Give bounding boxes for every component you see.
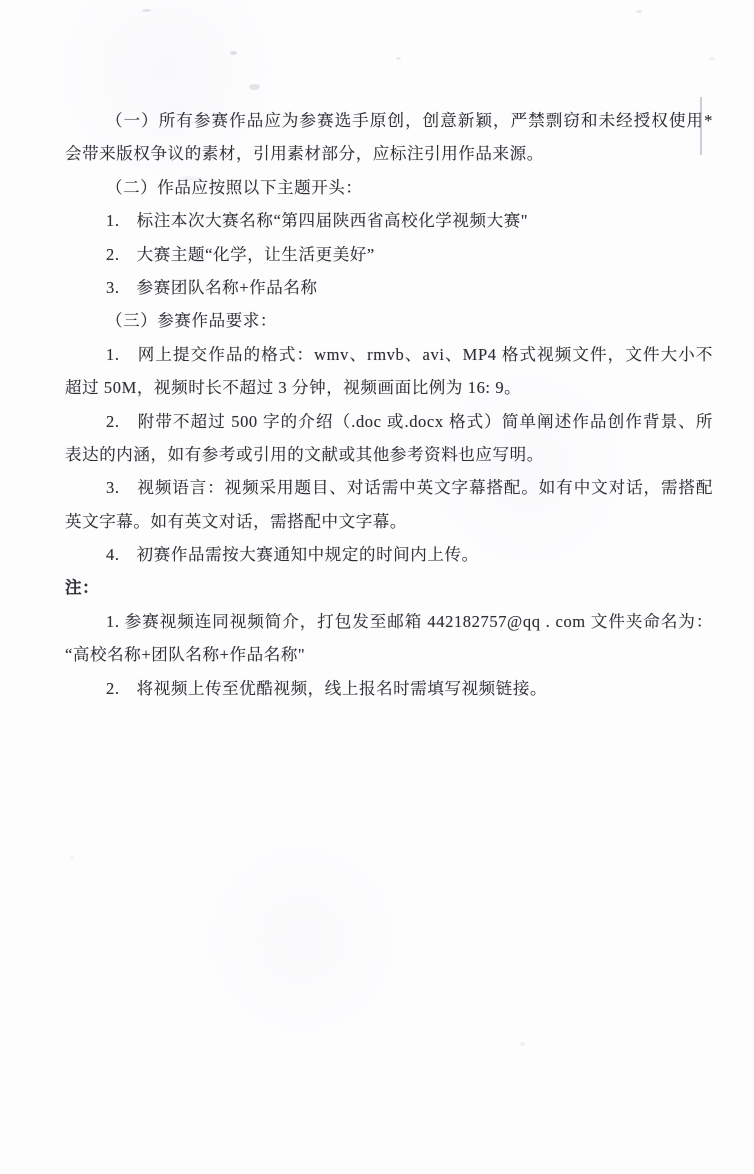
scan-speck — [142, 9, 151, 12]
scan-speck — [396, 57, 401, 60]
document-line: 1. 参赛视频连同视频简介，打包发至邮箱 442182757@qq . com … — [65, 605, 713, 638]
scan-speck — [230, 51, 237, 55]
document-line: 注： — [65, 571, 713, 604]
document-line: 1. 网上提交作品的格式：wmv、rmvb、avi、MP4 格式视频文件，文件大… — [65, 338, 713, 371]
scan-speck — [520, 1042, 525, 1046]
document-body: （一）所有参赛作品应为参赛选手原创，创意新颖，严禁剽窃和未经授权使用*会带来版权… — [65, 104, 713, 705]
scan-speck — [70, 856, 74, 860]
scan-speck — [636, 10, 642, 13]
document-line: 2. 大赛主题“化学，让生活更美好” — [65, 238, 713, 271]
scanned-page: （一）所有参赛作品应为参赛选手原创，创意新颖，严禁剽窃和未经授权使用*会带来版权… — [0, 0, 754, 1174]
document-line: 2. 附带不超过 500 字的介绍（.doc 或.docx 格式）简单阐述作品创… — [65, 405, 713, 438]
document-line: （二）作品应按照以下主题开头： — [65, 171, 713, 204]
scan-speck — [249, 84, 260, 90]
scan-speck — [709, 57, 715, 60]
document-line: 2. 将视频上传至优酷视频，线上报名时需填写视频链接。 — [65, 672, 713, 705]
document-line: （一）所有参赛作品应为参赛选手原创，创意新颖，严禁剽窃和未经授权使用* — [65, 104, 713, 137]
document-line: 会带来版权争议的素材，引用素材部分，应标注引用作品来源。 — [65, 137, 713, 170]
document-line: 表达的内涵，如有参考或引用的文献或其他参考资料也应写明。 — [65, 438, 713, 471]
document-line: 英文字幕。如有英文对话，需搭配中文字幕。 — [65, 505, 713, 538]
document-line: 3. 视频语言：视频采用题目、对话需中英文字幕搭配。如有中文对话，需搭配 — [65, 471, 713, 504]
document-line: 3. 参赛团队名称+作品名称 — [65, 271, 713, 304]
document-line: 超过 50M，视频时长不超过 3 分钟，视频画面比例为 16: 9。 — [65, 371, 713, 404]
document-line: 4. 初赛作品需按大赛通知中规定的时间内上传。 — [65, 538, 713, 571]
document-line: （三）参赛作品要求： — [65, 304, 713, 337]
document-line: “高校名称+团队名称+作品名称" — [65, 638, 713, 671]
document-line: 1. 标注本次大赛名称“第四届陕西省高校化学视频大赛" — [65, 204, 713, 237]
